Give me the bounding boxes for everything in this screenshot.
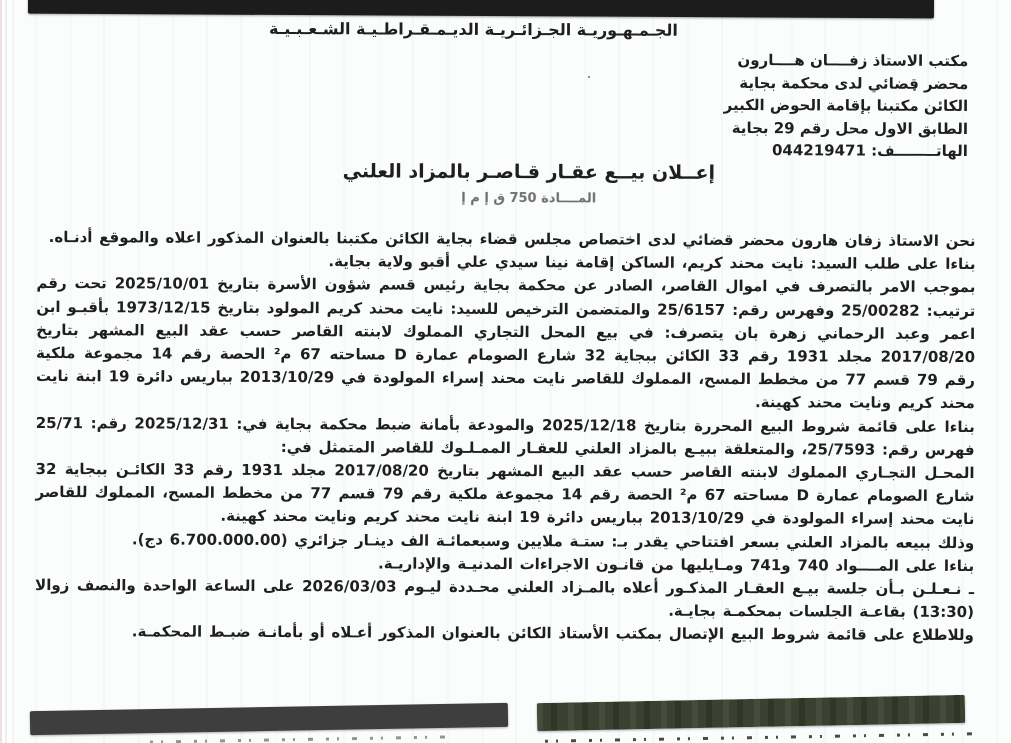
office-phone-line: الهاتــــــــف: 044219471 <box>723 139 968 163</box>
scanned-document-page: الجـمـهـوريـة الجـزائـريـة الديـمـقـراطـ… <box>0 0 1011 743</box>
office-role-line: محضر قضائي لدى محكمة بجاية <box>724 72 969 96</box>
paragraph-consultation-info: وللاطلاع على قائمة شروط البيع الإتصال بم… <box>35 620 974 647</box>
paragraph-property-description: المحـل التجـاري المملوك لابنته القاصر حس… <box>35 458 974 532</box>
office-name-line: مكتب الاستاذ زفــــان هــــارون <box>724 49 969 73</box>
paragraph-auction-session: ـ نـعـلـن بـأن جلسة بيـع العقـار المذكـو… <box>35 574 974 625</box>
bailiff-office-block: مكتب الاستاذ زفــــان هــــارون محضر قضا… <box>723 49 968 163</box>
scan-speck <box>913 88 916 91</box>
paragraph-authorization-order: بموجب الامر بالتصرف في اموال القاصر، الص… <box>36 272 976 415</box>
scan-speck <box>588 76 590 78</box>
republic-header: الجـمـهـوريـة الجـزائـريـة الديـمـقـراطـ… <box>233 19 713 40</box>
announcement-subtitle-article: المــــادة 750 ق إ م إ <box>279 190 779 207</box>
paragraph-sale-conditions-list: بناءا على قائمة شروط البيع المحررة بتاري… <box>36 412 975 463</box>
announcement-body: نحن الاستاذ زفان هارون محضر قضائي لدى اخ… <box>35 226 976 648</box>
paragraph-opening-price: وذلك ببيعه بالمزاد العلني بسعر افتتاحي ي… <box>35 528 974 555</box>
paragraph-introduction: نحن الاستاذ زفان هارون محضر قضائي لدى اخ… <box>37 226 976 253</box>
announcement-title: إعــلان بيــع عقـار قـاصـر بالمزاد العلن… <box>279 160 779 184</box>
document-content: الجـمـهـوريـة الجـزائـريـة الديـمـقـراطـ… <box>0 0 1011 743</box>
office-address-line-2: الطابق الاول محل رقم 29 بجاية <box>723 117 968 141</box>
office-address-line-1: الكائن مكتبنا بإقامة الحوض الكبير <box>724 94 969 118</box>
